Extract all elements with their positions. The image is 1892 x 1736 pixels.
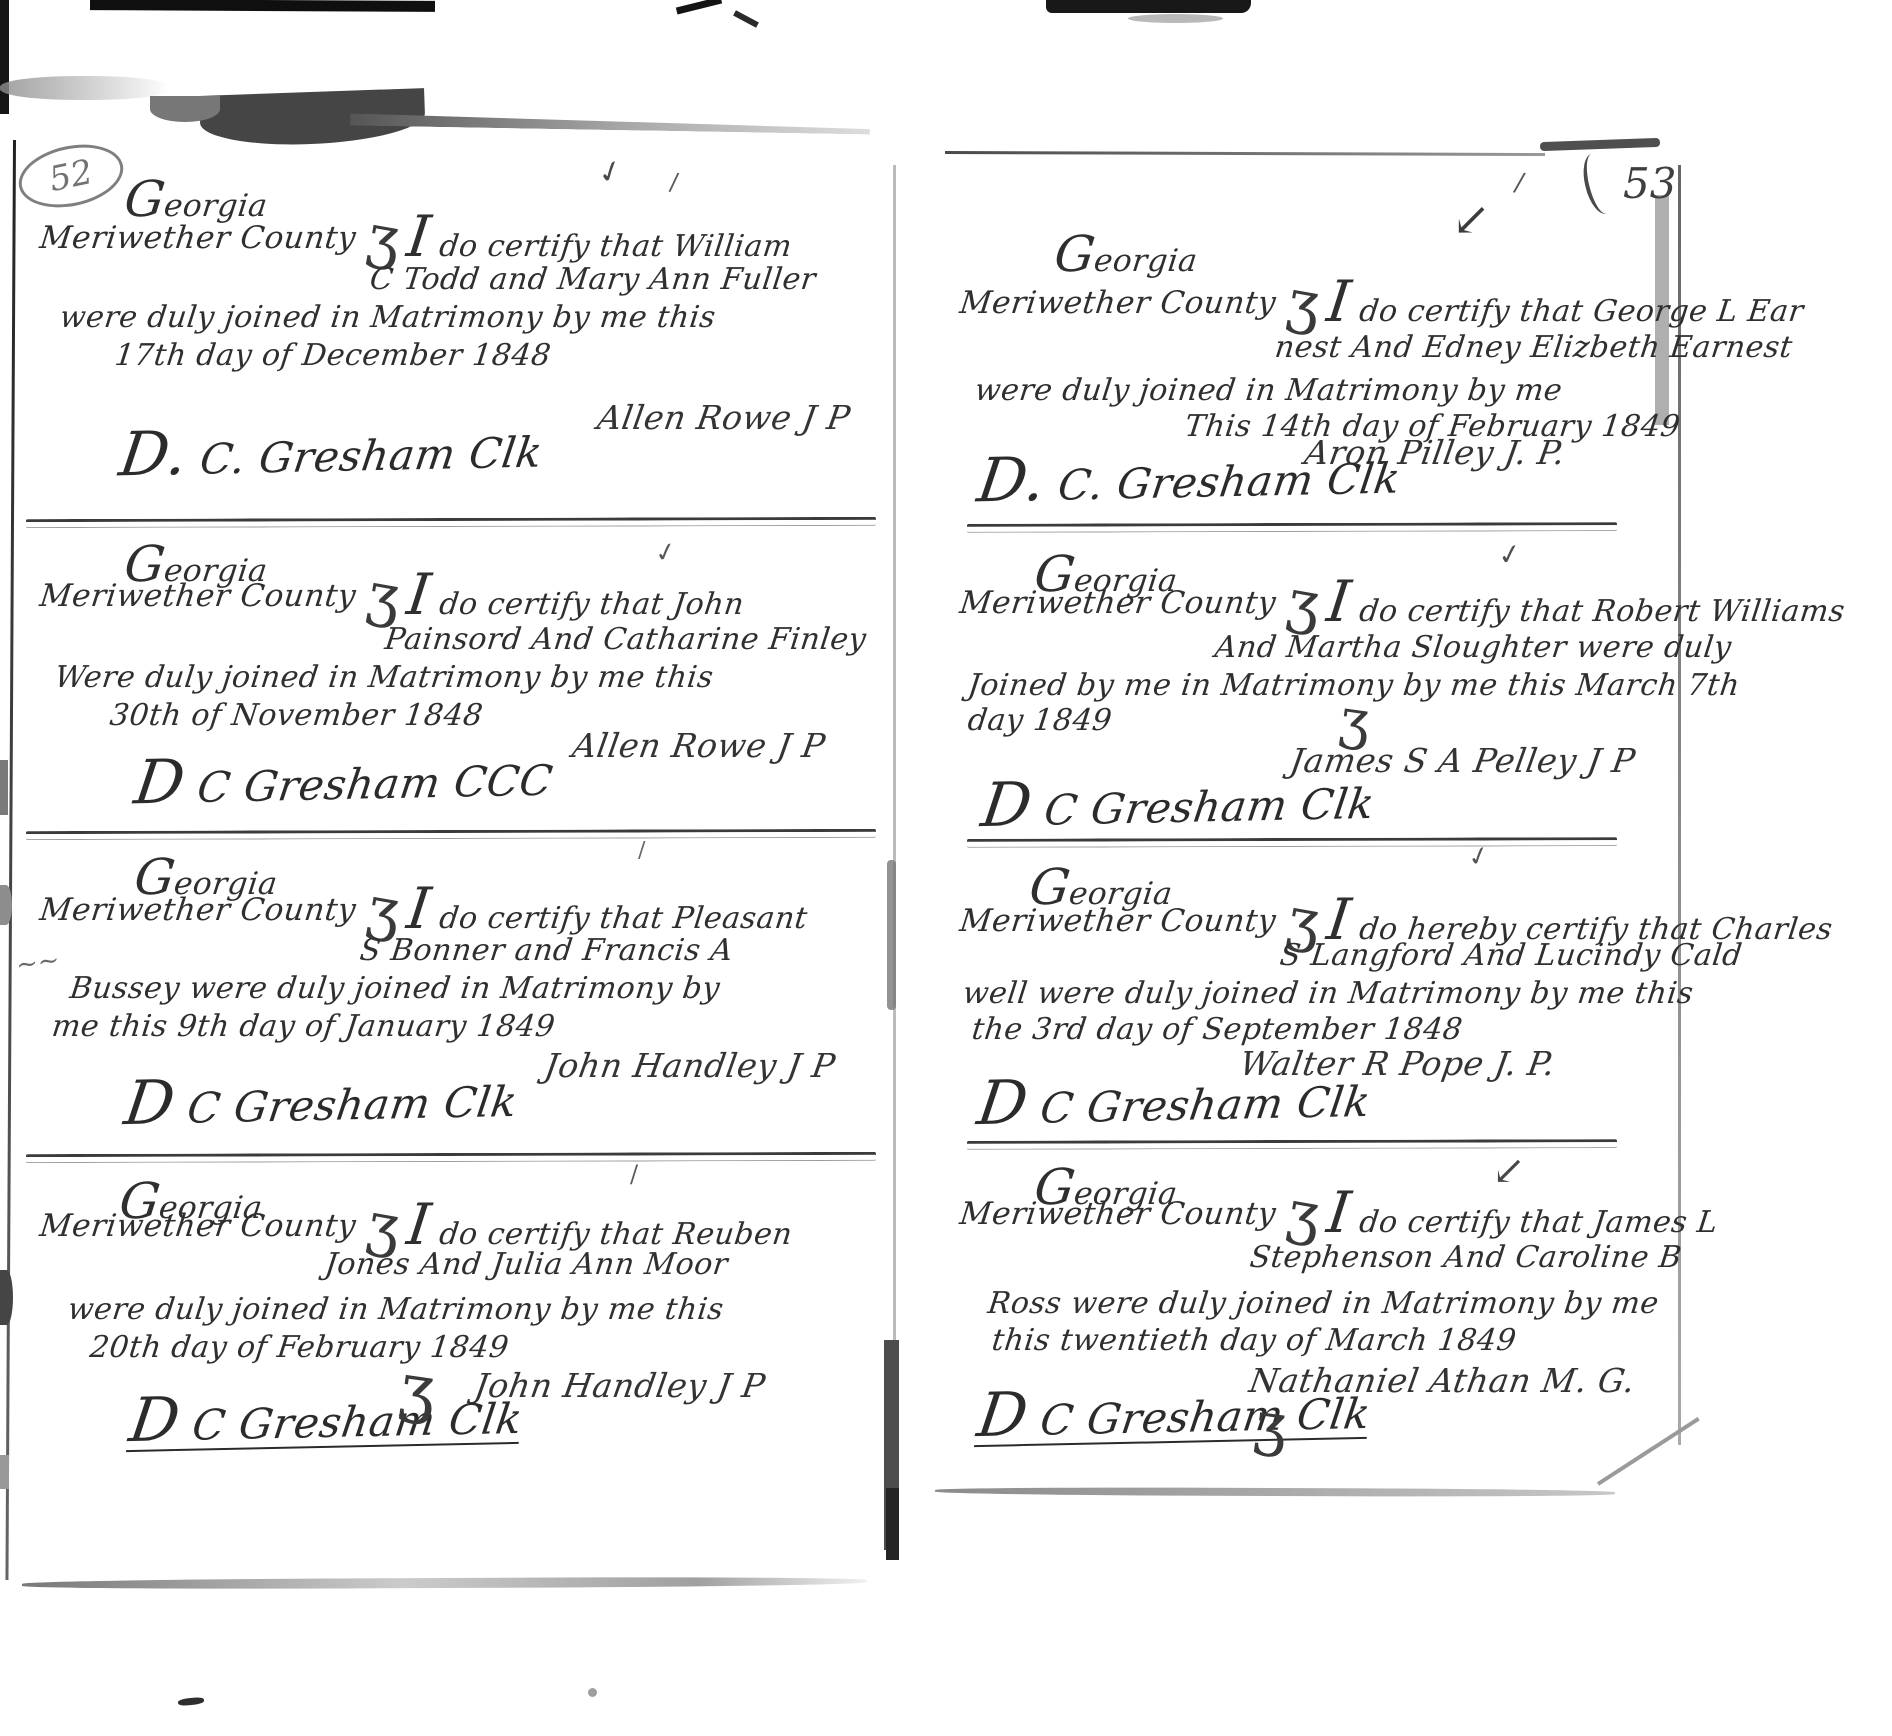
entry-county-label: Meriwether County: [958, 1196, 1278, 1232]
certification-text: I do certify that William: [404, 220, 795, 264]
certification-text: I do certify that Robert Williams: [1324, 585, 1848, 629]
entry-separator: [26, 829, 876, 840]
clerk-signature: D. C. Gresham Clk: [974, 454, 1404, 512]
body-text: were duly joined in Matrimony by me: [973, 373, 1565, 408]
certification-text-continued: S Bonner and Francis A: [358, 933, 735, 968]
clerk-signature: D C Gresham Clk: [974, 1077, 1373, 1134]
county-brace-flourish: ʒ: [1285, 900, 1323, 939]
body-text: Ross were duly joined in Matrimony by me: [986, 1286, 1661, 1321]
certification-text-continued: nest And Edney Elizbeth Earnest: [1273, 330, 1795, 365]
page-number-flourish: [1578, 149, 1626, 217]
marriage-entry: Georgia Meriwether County ʒ I do certify…: [960, 1158, 1660, 1468]
entry-county-label: Meriwether County: [38, 220, 358, 256]
scan-artifact-corner-left: [0, 0, 9, 114]
certification-text-continued: S Langford And Lucindy Cald: [1278, 938, 1744, 973]
scan-artifact-left-edge-blob: [0, 760, 8, 815]
entry-county-label: Meriwether County: [958, 585, 1278, 621]
county-brace-flourish: ʒ: [365, 1205, 403, 1244]
scanned-book-spread: ✓ ∕ ↙ ∕ ✓ ✓ ∕ ✓ ∕ ↙ ∼∼ 52 Georgia Meriwe…: [0, 0, 1892, 1736]
clerk-signature: D C Gresham CCC: [131, 756, 556, 814]
clerk-signature: D. C. Gresham Clk: [116, 428, 546, 486]
entry-county-label: Meriwether County: [958, 285, 1278, 321]
entry-separator: [967, 522, 1617, 533]
page-number-right-value: 53: [1623, 159, 1676, 208]
marriage-entry: Georgia Meriwether County ʒ I do certify…: [960, 225, 1660, 525]
county-brace-flourish: ʒ: [1285, 1193, 1323, 1232]
certification-text: I do certify that John: [404, 578, 747, 622]
entry-county-label: Meriwether County: [958, 903, 1278, 939]
marriage-entry: Georgia Meriwether County ʒ I do certify…: [960, 545, 1660, 845]
marriage-entry: Georgia Meriwether County ʒ I do hereby …: [960, 858, 1660, 1148]
clerk-signature: D C Gresham Clk: [974, 1389, 1373, 1446]
clerk-signature: D C Gresham Clk: [126, 1394, 525, 1451]
date-text: this twentieth day of March 1849: [990, 1323, 1519, 1358]
certification-text: I do certify that Reuben: [404, 1208, 795, 1252]
date-text: 20th day of February 1849: [88, 1330, 511, 1365]
officiant-signature: James S A Pelley J P: [957, 741, 1638, 780]
marriage-entry: Georgia Meriwether County ʒ I do certify…: [40, 848, 880, 1148]
entry-separator: [26, 1152, 876, 1163]
certification-text-continued: Jones And Julia Ann Moor: [323, 1247, 730, 1282]
officiant-signature: Walter R Pope J. P.: [957, 1044, 1558, 1083]
entry-separator: [26, 517, 876, 528]
certification-text-continued: Painsord And Catharine Finley: [383, 622, 868, 657]
certification-text: I do certify that James L: [1324, 1196, 1721, 1240]
entry-separator: [967, 1139, 1617, 1150]
body-text: Bussey were duly joined in Matrimony by: [68, 971, 722, 1006]
scan-artifact-left-edge-blob: [0, 885, 12, 925]
county-brace-flourish: ʒ: [1285, 282, 1323, 321]
certification-text-continued: C Todd and Mary Ann Fuller: [368, 262, 818, 297]
county-brace-flourish: ʒ: [365, 889, 403, 928]
entry-county-label: Meriwether County: [38, 578, 358, 614]
marriage-entry: Georgia Meriwether County ʒ I do certify…: [40, 535, 880, 825]
gutter-shadow: [887, 860, 896, 1010]
county-brace-flourish: ʒ: [365, 217, 403, 256]
body-text: well were duly joined in Matrimony by me…: [961, 976, 1696, 1011]
body-text: Were duly joined in Matrimony by me this: [53, 660, 716, 695]
county-brace-flourish: ʒ: [365, 575, 403, 614]
certification-text: I do certify that Pleasant: [404, 892, 810, 936]
entry-state-label: Georgia: [1051, 225, 1201, 283]
clerk-signature: D C Gresham Clk: [121, 1077, 520, 1134]
gutter-shadow: [893, 165, 896, 1545]
entry-separator: [967, 837, 1617, 848]
right-page: 53 Georgia Meriwether County ʒ I do cert…: [925, 0, 1700, 1736]
clerk-signature: D C Gresham Clk: [978, 779, 1377, 836]
entry-county-label: Meriwether County: [38, 892, 358, 928]
date-text: me this 9th day of January 1849: [50, 1009, 557, 1044]
certification-text-continued: And Martha Sloughter were duly: [1213, 630, 1734, 665]
certification-text: I do certify that George L Ear: [1324, 285, 1806, 329]
body-text: were duly joined in Matrimony by me this: [66, 1292, 726, 1327]
page-number-right: 53: [1585, 152, 1676, 214]
entry-county-label: Meriwether County: [38, 1208, 358, 1244]
left-page: 52 Georgia Meriwether County ʒ I do cert…: [12, 0, 888, 1736]
scan-artifact-left-edge-blob: [0, 1455, 9, 1489]
certification-text-continued: Stephenson And Caroline B: [1248, 1240, 1684, 1275]
marriage-entry: Georgia Meriwether County ʒ I do certify…: [40, 1172, 880, 1472]
date-text: the 3rd day of September 1848: [970, 1012, 1465, 1047]
county-brace-flourish: ʒ: [1285, 582, 1323, 621]
date-text: 17th day of December 1848: [113, 338, 553, 373]
body-text: were duly joined in Matrimony by me this: [58, 300, 718, 335]
marriage-entry: Georgia Meriwether County ʒ I do certify…: [40, 170, 880, 500]
date-text: day 1849: [966, 703, 1114, 738]
